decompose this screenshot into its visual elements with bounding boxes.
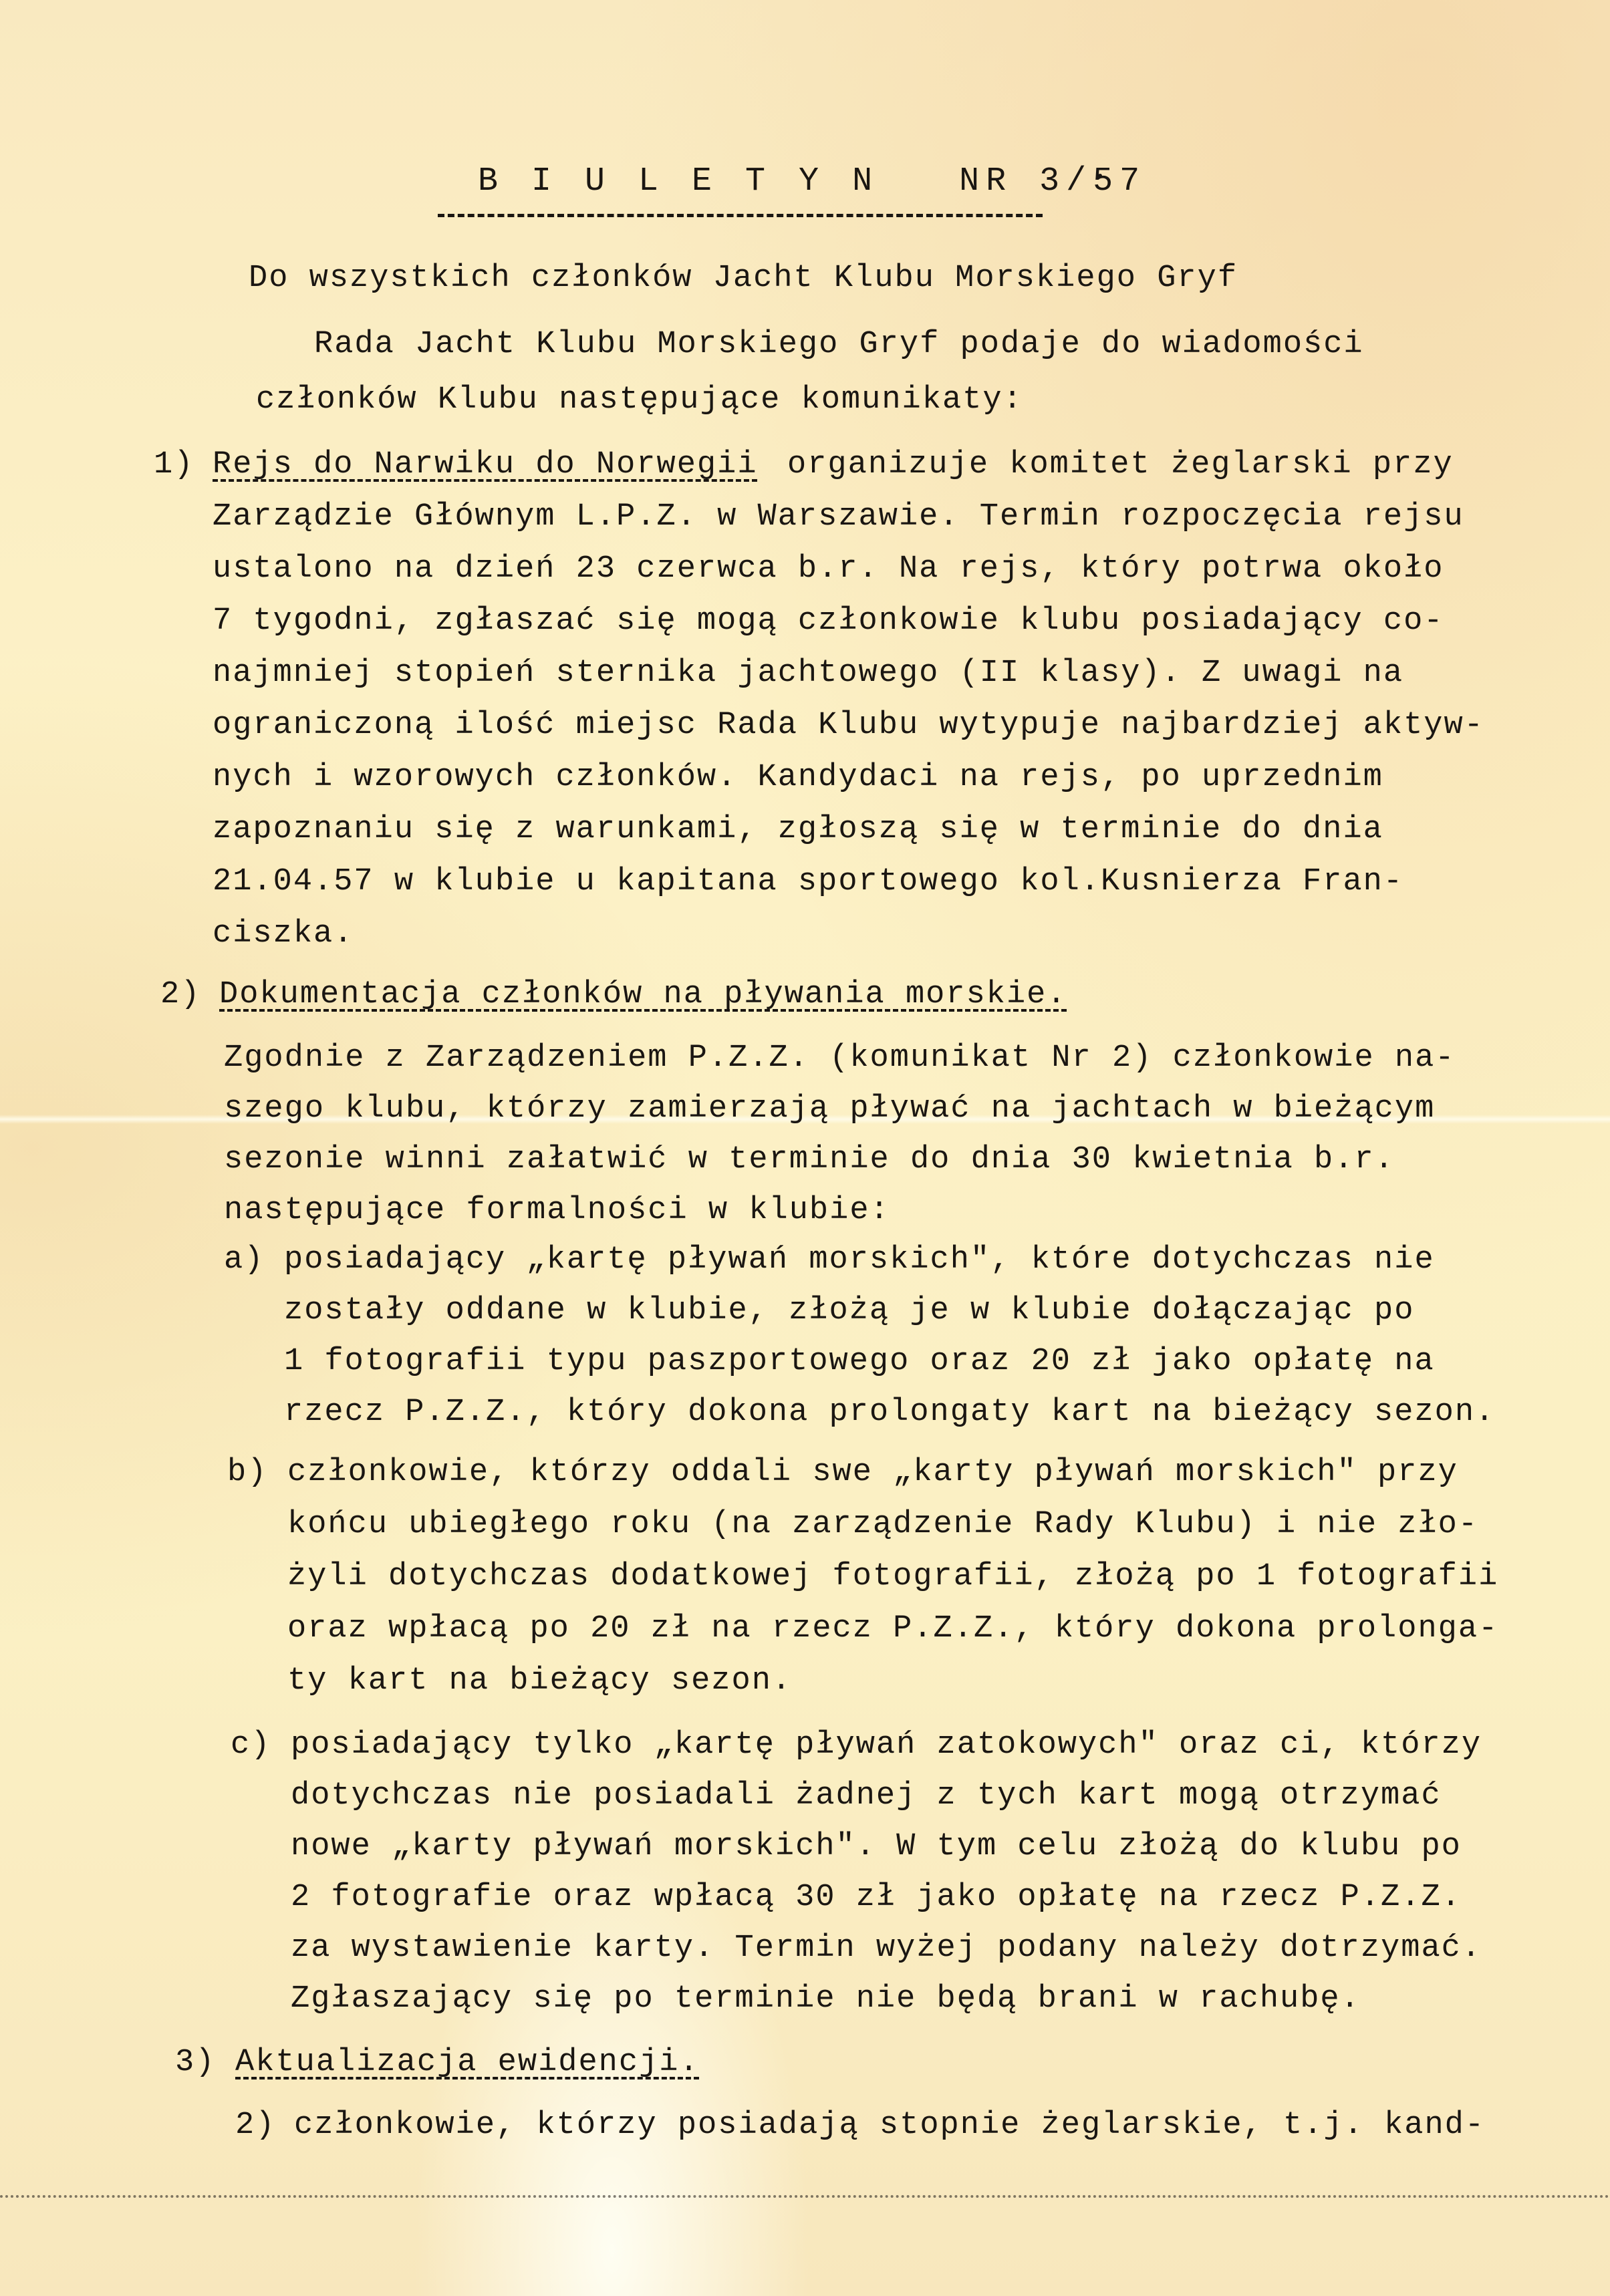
subitem-label: c) bbox=[231, 1729, 271, 1761]
section-line: Zarządzie Głównym L.P.Z. w Warszawie. Te… bbox=[213, 501, 1464, 533]
intro-line-2: członków Klubu następujące komunikaty: bbox=[256, 384, 1023, 416]
section-line: Zgodnie z Zarządzeniem P.Z.Z. (komunikat… bbox=[224, 1042, 1455, 1074]
section-number: 3) bbox=[175, 2047, 215, 2078]
subitem-line: posiadający tylko „kartę pływań zatokowy… bbox=[291, 1729, 1482, 1761]
document-page: B I U L E T Y N NR 3/57 Do wszystkich cz… bbox=[0, 0, 1610, 2296]
subitem-line: dotychczas nie posiadali żadnej z tych k… bbox=[291, 1780, 1442, 1812]
title-underline bbox=[438, 214, 1043, 217]
subitem-label: 2) bbox=[235, 2110, 275, 2141]
section-heading: Aktualizacja ewidencji. bbox=[235, 2047, 700, 2078]
subitem-line: Zgłaszający się po terminie nie będą bra… bbox=[291, 1983, 1361, 2015]
subitem-line: oraz wpłacą po 20 zł na rzecz P.Z.Z., kt… bbox=[287, 1613, 1498, 1644]
section-line: ciszka. bbox=[213, 918, 354, 950]
subitem-line: za wystawienie karty. Termin wyżej podan… bbox=[291, 1932, 1482, 1964]
section-line: zapoznaniu się z warunkami, zgłoszą się … bbox=[213, 814, 1383, 845]
subitem-line: członkowie, którzy oddali swe „karty pły… bbox=[287, 1457, 1458, 1488]
section-heading: Rejs do Narwiku do Norwegii bbox=[213, 449, 758, 480]
document-title: B I U L E T Y N NR 3/57 bbox=[478, 162, 1146, 200]
subitem-line: końcu ubiegłego roku (na zarządzenie Rad… bbox=[287, 1509, 1478, 1540]
ink-speck bbox=[1098, 174, 1102, 178]
faint-ink-trace bbox=[0, 2195, 1610, 2204]
subitem-line: posiadający „kartę pływań morskich", któ… bbox=[284, 1244, 1435, 1276]
section-line: 21.04.57 w klubie u kapitana sportowego … bbox=[213, 866, 1403, 897]
subitem-line: członkowie, którzy posiadają stopnie żeg… bbox=[294, 2110, 1485, 2141]
subitem-label: b) bbox=[227, 1457, 267, 1488]
subitem-line: nowe „karty pływań morskich". W tym celu… bbox=[291, 1831, 1462, 1862]
section-line: szego klubu, którzy zamierzają pływać na… bbox=[224, 1093, 1435, 1125]
section-line: najmniej stopień sternika jachtowego (II… bbox=[213, 658, 1403, 689]
subitem-line: 2 fotografie oraz wpłacą 30 zł jako opła… bbox=[291, 1882, 1462, 1913]
subitem-line: 1 fotografii typu paszportowego oraz 20 … bbox=[284, 1346, 1435, 1377]
section-line: następujące formalności w klubie: bbox=[224, 1195, 890, 1226]
subitem-label: a) bbox=[224, 1244, 264, 1276]
subitem-line: rzecz P.Z.Z., który dokona prolongaty ka… bbox=[284, 1397, 1495, 1428]
section-number: 1) bbox=[154, 449, 194, 480]
addressee-line: Do wszystkich członków Jacht Klubu Morsk… bbox=[249, 263, 1238, 294]
section-line: sezonie winni załatwić w terminie do dni… bbox=[224, 1144, 1395, 1175]
subitem-line: zostały oddane w klubie, złożą je w klub… bbox=[284, 1295, 1414, 1326]
subitem-line: żyli dotychczas dodatkowej fotografii, z… bbox=[287, 1561, 1498, 1592]
section-line: nych i wzorowych członków. Kandydaci na … bbox=[213, 762, 1383, 793]
subitem-line: ty kart na bieżący sezon. bbox=[287, 1665, 792, 1697]
section-line: organizuje komitet żeglarski przy bbox=[787, 449, 1454, 480]
section-line: ograniczoną ilość miejsc Rada Klubu wyty… bbox=[213, 710, 1484, 741]
section-number: 2) bbox=[160, 979, 200, 1010]
section-line: 7 tygodni, zgłaszać się mogą członkowie … bbox=[213, 605, 1444, 637]
section-heading: Dokumentacja członków na pływania morski… bbox=[219, 979, 1067, 1010]
intro-line-1: Rada Jacht Klubu Morskiego Gryf podaje d… bbox=[314, 329, 1364, 360]
section-line: ustalono na dzień 23 czerwca b.r. Na rej… bbox=[213, 553, 1444, 585]
